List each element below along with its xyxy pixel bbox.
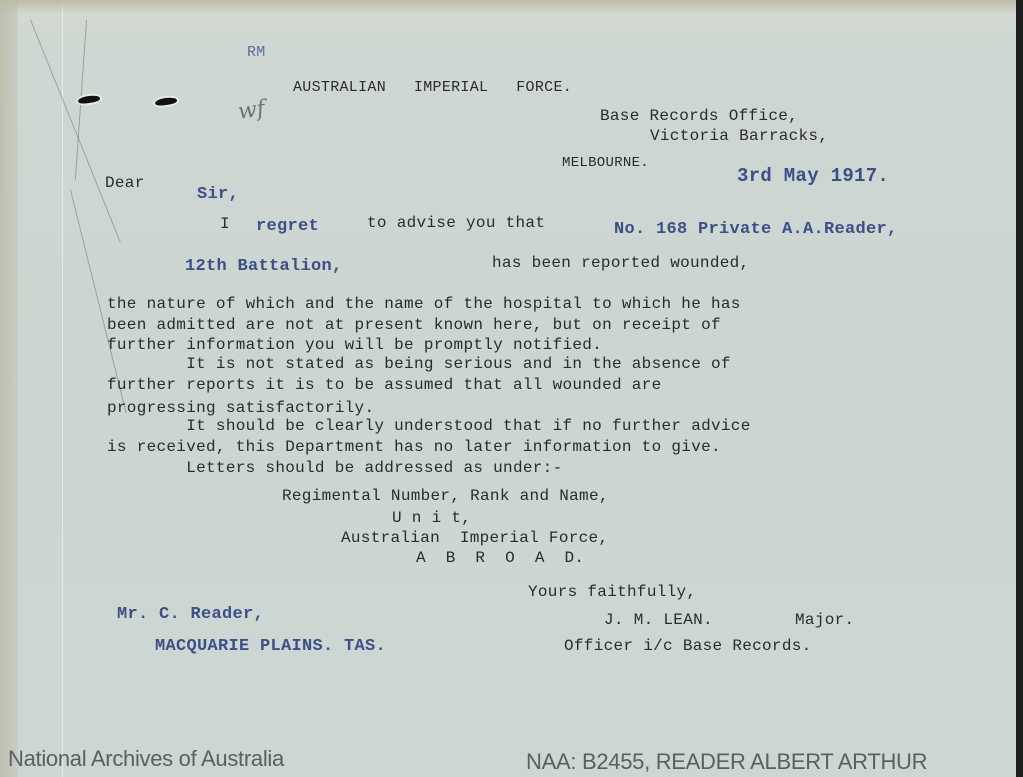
soldier-details: No. 168 Private A.A.Reader, — [614, 221, 898, 238]
letterhead-title: AUSTRALIAN IMPERIAL FORCE. — [293, 80, 572, 95]
body-line: further information you will be promptly… — [107, 337, 602, 353]
salutation-sir: Sir, — [197, 186, 239, 203]
letter-date: 3rd May 1917. — [737, 167, 889, 186]
body-line: further reports it is to be assumed that… — [107, 377, 662, 393]
soldier-unit: 12th Battalion, — [185, 258, 343, 275]
letterhead-city: MELBOURNE. — [562, 156, 649, 170]
body-line: It is not stated as being serious and in… — [107, 356, 731, 372]
pencil-initials: wf — [236, 96, 266, 125]
recipient-name: Mr. C. Reader, — [117, 606, 264, 623]
recipient-address: MACQUARIE PLAINS. TAS. — [155, 638, 386, 655]
valediction: Yours faithfully, — [528, 584, 696, 600]
opening-advise: to advise you that — [367, 215, 545, 231]
body-line: is received, this Department has no late… — [107, 439, 721, 455]
body-line: been admitted are not at present known h… — [107, 317, 721, 333]
address-format-line: Australian Imperial Force, — [341, 530, 608, 546]
body-line: Letters should be addressed as under:- — [107, 460, 562, 476]
signatory-rank: Major. — [795, 612, 854, 628]
body-line: the nature of which and the name of the … — [107, 296, 741, 312]
archive-reference: NAA: B2455, READER ALBERT ARTHUR — [526, 749, 927, 775]
paper-fold-line — [62, 0, 63, 777]
casualty-status: has been reported wounded, — [492, 255, 749, 271]
annotation-stamp: RM — [247, 45, 266, 60]
punch-hole — [155, 97, 178, 107]
signatory-title: Officer i/c Base Records. — [564, 638, 812, 654]
letterhead-barracks: Victoria Barracks, — [650, 128, 828, 144]
archive-watermark: National Archives of Australia — [8, 746, 284, 772]
opening-i: I — [220, 216, 230, 232]
address-format-line: Regimental Number, Rank and Name, — [282, 488, 609, 504]
letterhead-office: Base Records Office, — [600, 108, 798, 124]
body-line: progressing satisfactorily. — [107, 400, 374, 416]
opening-regret: regret — [256, 218, 319, 235]
document-scan: RM wf AUSTRALIAN IMPERIAL FORCE. Base Re… — [0, 0, 1016, 777]
salutation-dear: Dear — [105, 175, 145, 191]
address-format-line: A B R O A D. — [416, 550, 584, 566]
address-format-line: U n i t, — [392, 510, 471, 526]
signatory-name: J. M. LEAN. — [604, 612, 713, 628]
body-line: It should be clearly understood that if … — [107, 418, 751, 434]
